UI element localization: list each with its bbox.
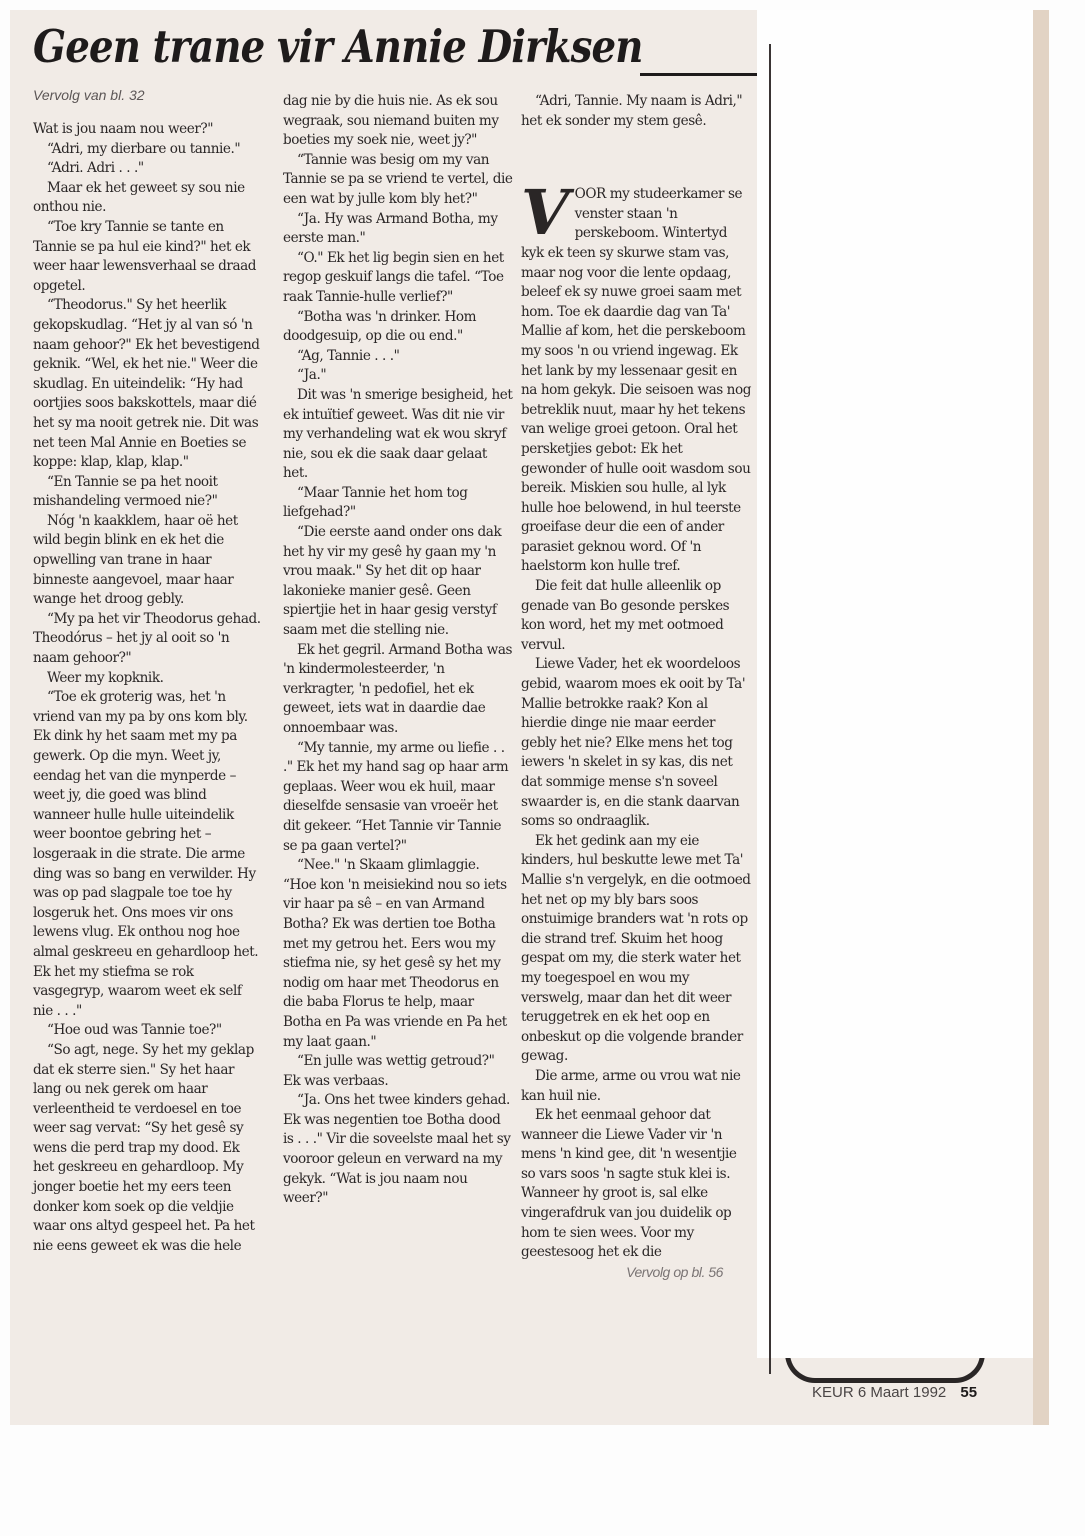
paragraph: “Nee." 'n Skaam glimlaggie. “Hoe kon 'n … — [283, 856, 513, 1052]
paragraph: “En julle was wettig getroud?" Ek was ve… — [283, 1052, 513, 1091]
continued-on: Vervolg op bl. 56 — [521, 1263, 751, 1283]
paragraph: Die feit dat hulle alleenlik op genade v… — [521, 577, 751, 655]
paragraph: “Ja. Hy was Armand Botha, my eerste man.… — [283, 210, 513, 249]
page-footer: KEUR 6 Maart 1992 55 — [812, 1384, 977, 1401]
paragraph: “Maar Tannie het hom tog liefgehad?" — [283, 484, 513, 523]
paragraph: “Toe kry Tannie se tante en Tannie se pa… — [33, 218, 263, 296]
paragraph: Liewe Vader, het ek woordeloos gebid, wa… — [521, 655, 751, 831]
paragraph: Die arme, arme ou vrou wat nie kan huil … — [521, 1067, 751, 1106]
article-title: Geen trane vir Annie Dirksen — [33, 20, 643, 73]
paragraph: Ek het gegril. Armand Botha was 'n kinde… — [283, 641, 513, 739]
continued-from: Vervolg van bl. 32 — [33, 87, 145, 103]
paragraph: Ek het eenmaal gehoor dat wanneer die Li… — [521, 1106, 751, 1263]
issue-date: 6 Maart 1992 — [858, 1384, 946, 1401]
paragraph: “Hoe oud was Tannie toe?" — [33, 1021, 263, 1041]
paragraph: “Ja. Ons het twee kinders gehad. Ek was … — [283, 1091, 513, 1209]
paragraph: “Adri, my dierbare ou tannie." — [33, 140, 263, 160]
paragraph: dag nie by die huis nie. As ek sou wegra… — [283, 92, 513, 151]
paragraph: Maar ek het geweet sy sou nie onthou nie… — [33, 179, 263, 218]
magazine-name: KEUR — [812, 1384, 854, 1401]
drop-cap: V — [521, 187, 569, 239]
paragraph: “Tannie was besig om my van Tannie se pa… — [283, 151, 513, 210]
paragraph: “Ja." — [283, 366, 513, 386]
page-edge — [1033, 10, 1049, 1425]
section-start: V OOR my studeerkamer se venster staan '… — [521, 185, 751, 577]
paragraph: “My pa het vir Theodorus gehad. Theodóru… — [33, 610, 263, 669]
paragraph: “Toe ek groterig was, het 'n vriend van … — [33, 688, 263, 1021]
paragraph: “O." Ek het lig begin sien en het regop … — [283, 249, 513, 308]
paragraph: “Adri. Adri . . ." — [33, 159, 263, 179]
paragraph: Dit was 'n smerige besigheid, het ek int… — [283, 386, 513, 484]
paragraph: OOR my studeerkamer se venster staan 'n … — [521, 185, 751, 577]
paragraph: Nóg 'n kaakklem, haar oë het wild begin … — [33, 512, 263, 610]
paragraph: “Theodorus." Sy het heerlik gekopskudlag… — [33, 296, 263, 472]
paragraph: Wat is jou naam nou weer?" — [33, 120, 263, 140]
paragraph: “So agt, nege. Sy het my geklap dat ek s… — [33, 1041, 263, 1257]
paragraph: “Botha was 'n drinker. Hom doodgesuip, o… — [283, 308, 513, 347]
column-3: “Adri, Tannie. My naam is Adri," het ek … — [521, 92, 751, 1282]
paragraph: “Ag, Tannie . . ." — [283, 347, 513, 367]
title-underline — [640, 73, 757, 76]
paragraph: Ek het gedink aan my eie kinders, hul be… — [521, 832, 751, 1067]
paragraph: “Adri, Tannie. My naam is Adri," het ek … — [521, 92, 751, 131]
paragraph: “En Tannie se pa het nooit mishandeling … — [33, 473, 263, 512]
page-number: 55 — [960, 1384, 977, 1401]
column-divider — [769, 44, 771, 1374]
paragraph: “Die eerste aand onder ons dak het hy vi… — [283, 523, 513, 641]
paragraph: Weer my kopknik. — [33, 669, 263, 689]
paragraph: “My tannie, my arme ou liefie . . ." Ek … — [283, 739, 513, 857]
blank-area — [757, 10, 1033, 1358]
column-2: dag nie by die huis nie. As ek sou wegra… — [283, 92, 513, 1209]
column-1: Wat is jou naam nou weer?"“Adri, my dier… — [33, 120, 263, 1256]
